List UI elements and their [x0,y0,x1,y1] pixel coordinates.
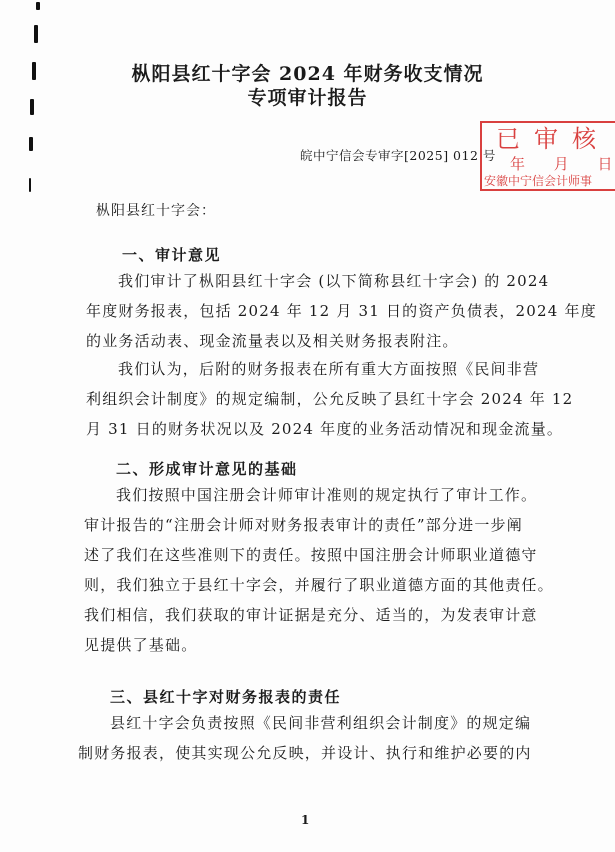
binding-mark [36,2,40,10]
document-number: 皖中宁信会专审字[2025] 012 号 [300,146,496,164]
binding-mark [29,178,31,192]
addressee: 枞阳县红十字会： [96,200,216,220]
stamp-main-text: 已审核 [496,125,610,153]
text-line: 我们审计了枞阳县红十字会 (以下简称县红十字会) 的 2024 [86,266,556,296]
text-line: 我们认为，后附的财务报表在所有重大方面按照《民间非营 [86,354,556,384]
section-3-paragraph-1: 县红十字会负责按照《民间非营利组织会计制度》的规定编 制财务报表，使其实现公允反… [78,708,548,768]
text-line: 则，我们独立于县红十字会，并履行了职业道德方面的其他责任。 [84,570,554,600]
text-line: 我们按照中国注册会计师审计准则的规定执行了审计工作。 [84,480,554,510]
text-line: 见提供了基础。 [84,630,554,660]
report-title-line2: 专项审计报告 [0,86,615,110]
stamp-firm-text: 安徽中宁信会计师事 [484,172,592,189]
section-1-paragraph-2: 我们认为，后附的财务报表在所有重大方面按照《民间非营 利组织会计制度》的规定编制… [86,354,556,444]
text-line: 利组织会计制度》的规定编制，公允反映了县红十字会 2024 年 12 [86,384,556,414]
text-line: 制财务报表，使其实现公允反映，并设计、执行和维护必要的内 [78,738,548,768]
text-line: 述了我们在这些准则下的责任。按照中国注册会计师职业道德守 [84,540,554,570]
text-line: 的业务活动表、现金流量表以及相关财务报表附注。 [86,326,556,356]
text-line: 年度财务报表，包括 2024 年 12 月 31 日的资产负债表，2024 年度 [86,296,556,326]
document-page: 枞阳县红十字会 2024 年财务收支情况 专项审计报告 皖中宁信会专审字[202… [0,0,615,852]
binding-mark [29,137,33,151]
text-line: 县红十字会负责按照《民间非营利组织会计制度》的规定编 [78,708,548,738]
report-title-line1: 枞阳县红十字会 2024 年财务收支情况 [0,62,615,86]
stamp-date-text: 年 月 日 [510,153,615,174]
text-line: 审计报告的“注册会计师对财务报表审计的责任”部分进一步阐 [84,510,554,540]
section-heading-audit-opinion: 一、审计意见 [122,244,221,265]
section-heading-basis-for-opinion: 二、形成审计意见的基础 [116,458,298,479]
section-heading-management-responsibility: 三、县红十字对财务报表的责任 [110,686,341,707]
text-line: 我们相信，我们获取的审计证据是充分、适当的，为发表审计意 [84,600,554,630]
section-1-paragraph-1: 我们审计了枞阳县红十字会 (以下简称县红十字会) 的 2024 年度财务报表，包… [86,266,556,356]
section-2-paragraph-1: 我们按照中国注册会计师审计准则的规定执行了审计工作。 审计报告的“注册会计师对财… [84,480,554,660]
page-number: 1 [301,813,309,827]
review-stamp: 已审核 年 月 日 安徽中宁信会计师事 [480,121,615,191]
text-line: 月 31 日的财务状况以及 2024 年度的业务活动情况和现金流量。 [86,414,556,444]
binding-mark [34,25,38,43]
